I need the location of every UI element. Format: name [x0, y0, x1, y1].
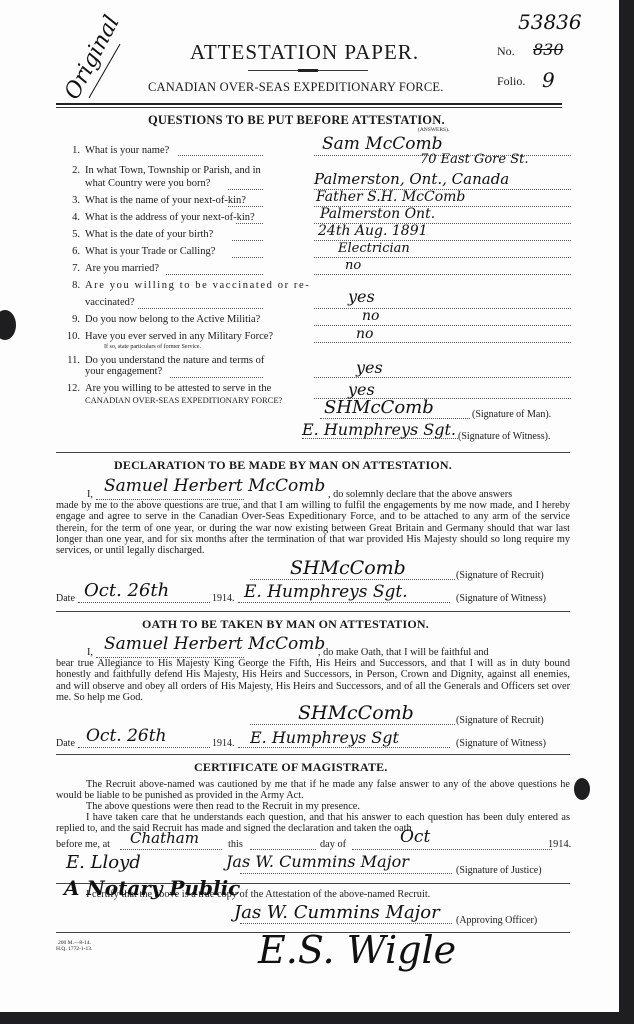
justice-signature[interactable]: Jas W. Cummins Major [226, 852, 409, 871]
question-text: What is your Trade or Calling? [85, 246, 215, 257]
declaration-year: 1914. [212, 593, 235, 604]
magistrate-para-1: The Recruit above-named was cautioned by… [56, 779, 570, 802]
question-8-leader [138, 308, 263, 309]
month-line [352, 849, 552, 850]
question-text: What is the date of your birth? [85, 229, 213, 240]
oath-recruit-sig-line [250, 724, 455, 725]
oath-recruit-signature[interactable]: SHMcComb [298, 702, 414, 724]
question-text: Do you now belong to the Active Militia? [85, 314, 260, 325]
question-12-line2: CANADIAN OVER-SEAS EXPEDITIONARY FORCE? [85, 395, 282, 405]
question-number: 8. [58, 280, 80, 291]
signature-witness-label: (Signature of Witness). [458, 431, 550, 442]
declaration-name[interactable]: Samuel Herbert McComb [104, 476, 325, 496]
oath-witness-label: (Signature of Witness) [456, 738, 546, 749]
question-4-leader [236, 223, 263, 224]
answer-2-birthplace[interactable]: Palmerston, Ont., Canada [314, 170, 509, 188]
question-8: 8.Are you willing to be vaccinated or re… [58, 280, 310, 291]
oath-recruit-label: (Signature of Recruit) [456, 715, 544, 726]
regimental-number: 53836 [518, 10, 582, 34]
print-code-line-2: H.Q. 1772-1-13. [56, 946, 92, 952]
folio-label: Folio. [497, 74, 525, 89]
answer-11-line [314, 377, 571, 378]
question-7: 7.Are you married? [58, 263, 159, 274]
question-9: 9.Do you now belong to the Active Militi… [58, 314, 260, 325]
no-label: No. [497, 44, 515, 59]
declaration-after-name: , do solemnly declare that the above ans… [328, 489, 512, 500]
question-1-leader [178, 155, 263, 156]
signature-man[interactable]: SHMcComb [324, 397, 434, 418]
magistrate-heading: CERTIFICATE OF MAGISTRATE. [194, 760, 388, 775]
notary-public-stamp: A Notary Public [64, 876, 240, 900]
declaration-witness-signature[interactable]: E. Humphreys Sgt. [244, 582, 408, 602]
question-1: 1.What is your name? [58, 145, 169, 156]
question-10-note: If so, state particulars of former Servi… [104, 344, 201, 350]
question-11-leader [170, 377, 263, 378]
question-8-line2: vaccinated? [85, 297, 135, 308]
declaration-date-label: Date [56, 593, 75, 604]
scan-edge-right [619, 0, 634, 1024]
declaration-witness-line [238, 602, 450, 603]
declaration-date-line [78, 602, 210, 603]
oath-date-line [78, 747, 210, 748]
answer-5[interactable]: 24th Aug. 1891 [318, 223, 428, 239]
answer-8-line [314, 308, 571, 309]
folio-value: 9 [542, 68, 555, 92]
question-text: What is your name? [85, 145, 169, 156]
question-5: 5.What is the date of your birth? [58, 229, 213, 240]
oath-date-label: Date [56, 738, 75, 749]
question-5-leader [232, 240, 263, 241]
extra-signature[interactable]: E.S. Wigle [258, 928, 456, 972]
magistrate-month[interactable]: Oct [400, 827, 430, 847]
declaration-body: made by me to the above questions are tr… [56, 500, 570, 556]
question-number: 1. [58, 145, 80, 156]
header-rule-bottom [56, 107, 562, 108]
attestation-paper: Original ATTESTATION PAPER. CANADIAN OVE… [0, 0, 619, 1015]
magistrate-year: 1914. [548, 839, 571, 850]
question-number: 2. [58, 165, 80, 176]
question-text: In what Town, Township or Parish, and in [85, 165, 261, 176]
day-of-label: day of [320, 839, 346, 850]
document-subtitle: CANADIAN OVER-SEAS EXPEDITIONARY FORCE. [148, 80, 444, 95]
section-rule-3 [56, 754, 570, 755]
answer-11[interactable]: yes [356, 358, 383, 377]
question-text: Are you willing to be vaccinated or re- [85, 280, 310, 291]
answer-3[interactable]: Father S.H. McComb [316, 189, 465, 205]
punch-hole-right [574, 778, 590, 800]
before-me-label: before me, at [56, 839, 110, 850]
oath-witness-line [238, 747, 450, 748]
question-3: 3.What is the name of your next-of-kin? [58, 195, 246, 206]
oath-after-name: , do make Oath, that I will be faithful … [318, 647, 489, 658]
question-number: 6. [58, 246, 80, 257]
question-4: 4.What is the address of your next-of-ki… [58, 212, 255, 223]
answer-1[interactable]: Sam McComb [322, 134, 442, 154]
declaration-witness-label: (Signature of Witness) [456, 593, 546, 604]
signature-man-line [320, 418, 470, 419]
justice-sig-line [240, 873, 452, 874]
answer-8[interactable]: yes [348, 287, 375, 306]
document-title: ATTESTATION PAPER. [190, 40, 419, 65]
answer-9[interactable]: no [362, 308, 379, 324]
declaration-recruit-signature[interactable]: SHMcComb [290, 557, 406, 579]
question-number: 7. [58, 263, 80, 274]
oath-date[interactable]: Oct. 26th [86, 726, 167, 746]
oath-name[interactable]: Samuel Herbert McComb [104, 634, 325, 654]
signature-man-label: (Signature of Man). [472, 409, 551, 420]
header-rule-top [56, 103, 562, 105]
this-label: this [228, 839, 243, 850]
answer-2-address[interactable]: 70 East Gore St. [420, 152, 528, 167]
oath-witness-signature[interactable]: E. Humphreys Sgt [250, 728, 399, 747]
question-2-leader [228, 189, 263, 190]
question-text: Have you ever served in any Military For… [85, 331, 273, 342]
answers-label: (ANSWERS). [418, 127, 449, 133]
magistrate-place[interactable]: Chatham [130, 829, 199, 847]
section-rule-2 [56, 611, 570, 612]
question-number: 11. [58, 355, 80, 366]
answer-7-line [314, 274, 571, 275]
title-rule-center [298, 69, 318, 72]
day-line [250, 849, 316, 850]
signature-witness[interactable]: E. Humphreys Sgt. [302, 420, 456, 439]
question-6-leader [232, 257, 263, 258]
declaration-heading: DECLARATION TO BE MADE BY MAN ON ATTESTA… [114, 458, 452, 473]
question-text: Are you married? [85, 263, 159, 274]
question-2: 2.In what Town, Township or Parish, and … [58, 165, 261, 176]
question-3-leader [228, 206, 263, 207]
question-number: 12. [58, 383, 80, 394]
question-11: 11.Do you understand the nature and term… [58, 355, 264, 366]
question-number: 10. [58, 331, 80, 342]
notary-signature[interactable]: E. Lloyd [66, 852, 141, 873]
question-text: What is the name of your next-of-kin? [85, 195, 246, 206]
magistrate-para-2: The above questions were then read to th… [56, 801, 570, 812]
declaration-date[interactable]: Oct. 26th [84, 580, 169, 601]
oath-body: bear true Allegiance to His Majesty King… [56, 658, 570, 703]
oath-heading: OATH TO BE TAKEN BY MAN ON ATTESTATION. [142, 617, 429, 632]
answer-7[interactable]: no [345, 258, 361, 273]
place-line [120, 849, 222, 850]
declaration-recruit-label: (Signature of Recruit) [456, 570, 544, 581]
question-12: 12.Are you willing to be attested to ser… [58, 383, 271, 394]
question-text: Are you willing to be attested to serve … [85, 383, 271, 394]
question-text: Do you understand the nature and terms o… [85, 355, 264, 366]
question-text: What is the address of your next-of-kin? [85, 212, 255, 223]
section-rule-1 [56, 452, 570, 453]
questions-heading: QUESTIONS TO BE PUT BEFORE ATTESTATION. [148, 113, 445, 128]
question-10: 10.Have you ever served in any Military … [58, 331, 273, 342]
no-value-struck: 830 [533, 40, 564, 59]
answer-6[interactable]: Electrician [338, 241, 410, 256]
approving-officer-line [240, 923, 452, 924]
answer-10[interactable]: no [356, 326, 373, 342]
approving-officer-signature[interactable]: Jas W. Cummins Major [234, 902, 440, 923]
question-6: 6.What is your Trade or Calling? [58, 246, 215, 257]
declaration-recruit-sig-line [250, 579, 455, 580]
declaration-i-label: I, [87, 489, 93, 500]
scan-edge-bottom [0, 1012, 634, 1024]
question-number: 5. [58, 229, 80, 240]
approving-officer-label: (Approving Officer) [456, 915, 537, 926]
question-11-line2: your engagement? [85, 366, 162, 377]
question-number: 3. [58, 195, 80, 206]
answer-10-line [314, 342, 571, 343]
oath-i-label: I, [87, 647, 93, 658]
question-number: 9. [58, 314, 80, 325]
justice-label: (Signature of Justice) [456, 865, 542, 876]
answer-9-line [314, 325, 571, 326]
oath-year: 1914. [212, 738, 235, 749]
question-7-leader [166, 274, 263, 275]
answer-4[interactable]: Palmerston Ont. [320, 206, 435, 222]
question-number: 4. [58, 212, 80, 223]
question-2-line2: what Country were you born? [85, 178, 210, 189]
